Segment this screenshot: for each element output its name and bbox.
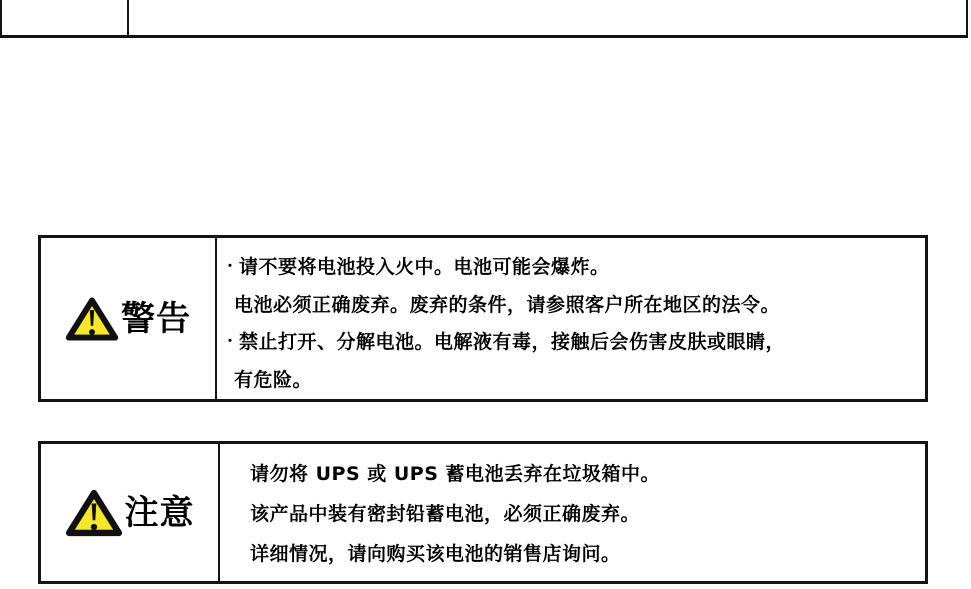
warning-triangle-icon <box>65 486 123 540</box>
warning-line-text: 有危险。 <box>234 369 312 391</box>
caution-line-text: 请勿将 UPS 或 UPS 蓄电池丢弃在垃圾箱中。 <box>250 463 660 485</box>
warning-line: 有危险。 <box>223 362 919 400</box>
warning-line-text: 请不要将电池投入火中。电池可能会爆炸。 <box>239 256 610 278</box>
manual-page: 警告 ・请不要将电池投入火中。电池可能会爆炸。 电池必须正确废弃。废弃的条件，请… <box>0 0 971 589</box>
warning-line: 电池必须正确废弃。废弃的条件，请参照客户所在地区的法令。 <box>223 287 919 325</box>
caution-sign-cell: 注意 <box>41 444 220 581</box>
warning-box: 警告 ・请不要将电池投入火中。电池可能会爆炸。 电池必须正确废弃。废弃的条件，请… <box>38 235 928 402</box>
bullet-dot: ・ <box>223 324 239 362</box>
bullet-dot: ・ <box>223 249 239 287</box>
warning-text-cell: ・请不要将电池投入火中。电池可能会爆炸。 电池必须正确废弃。废弃的条件，请参照客… <box>217 238 925 399</box>
warning-line-text: 电池必须正确废弃。废弃的条件，请参照客户所在地区的法令。 <box>234 294 780 316</box>
warning-triangle-icon <box>65 294 119 344</box>
caution-line: 该产品中装有密封铅蓄电池，必须正确废弃。 <box>250 494 919 534</box>
table-fragment <box>0 0 968 38</box>
table-fragment-left-cell <box>2 0 129 35</box>
caution-label: 注意 <box>125 496 195 530</box>
caution-line: 详细情况，请向购买该电池的销售店询问。 <box>250 534 919 574</box>
caution-text-cell: 请勿将 UPS 或 UPS 蓄电池丢弃在垃圾箱中。 该产品中装有密封铅蓄电池，必… <box>220 444 925 581</box>
warning-line: ・禁止打开、分解电池。电解液有毒，接触后会伤害皮肤或眼睛， <box>223 324 919 362</box>
caution-line-text: 该产品中装有密封铅蓄电池，必须正确废弃。 <box>250 503 640 525</box>
table-fragment-right-cell <box>129 0 966 35</box>
caution-box: 注意 请勿将 UPS 或 UPS 蓄电池丢弃在垃圾箱中。 该产品中装有密封铅蓄电… <box>38 441 928 584</box>
warning-label: 警告 <box>121 302 191 336</box>
warning-sign-cell: 警告 <box>41 238 217 399</box>
caution-line-text: 详细情况，请向购买该电池的销售店询问。 <box>250 543 621 565</box>
warning-line-text: 禁止打开、分解电池。电解液有毒，接触后会伤害皮肤或眼睛， <box>239 331 785 353</box>
caution-line: 请勿将 UPS 或 UPS 蓄电池丢弃在垃圾箱中。 <box>250 454 919 494</box>
warning-line: ・请不要将电池投入火中。电池可能会爆炸。 <box>223 249 919 287</box>
